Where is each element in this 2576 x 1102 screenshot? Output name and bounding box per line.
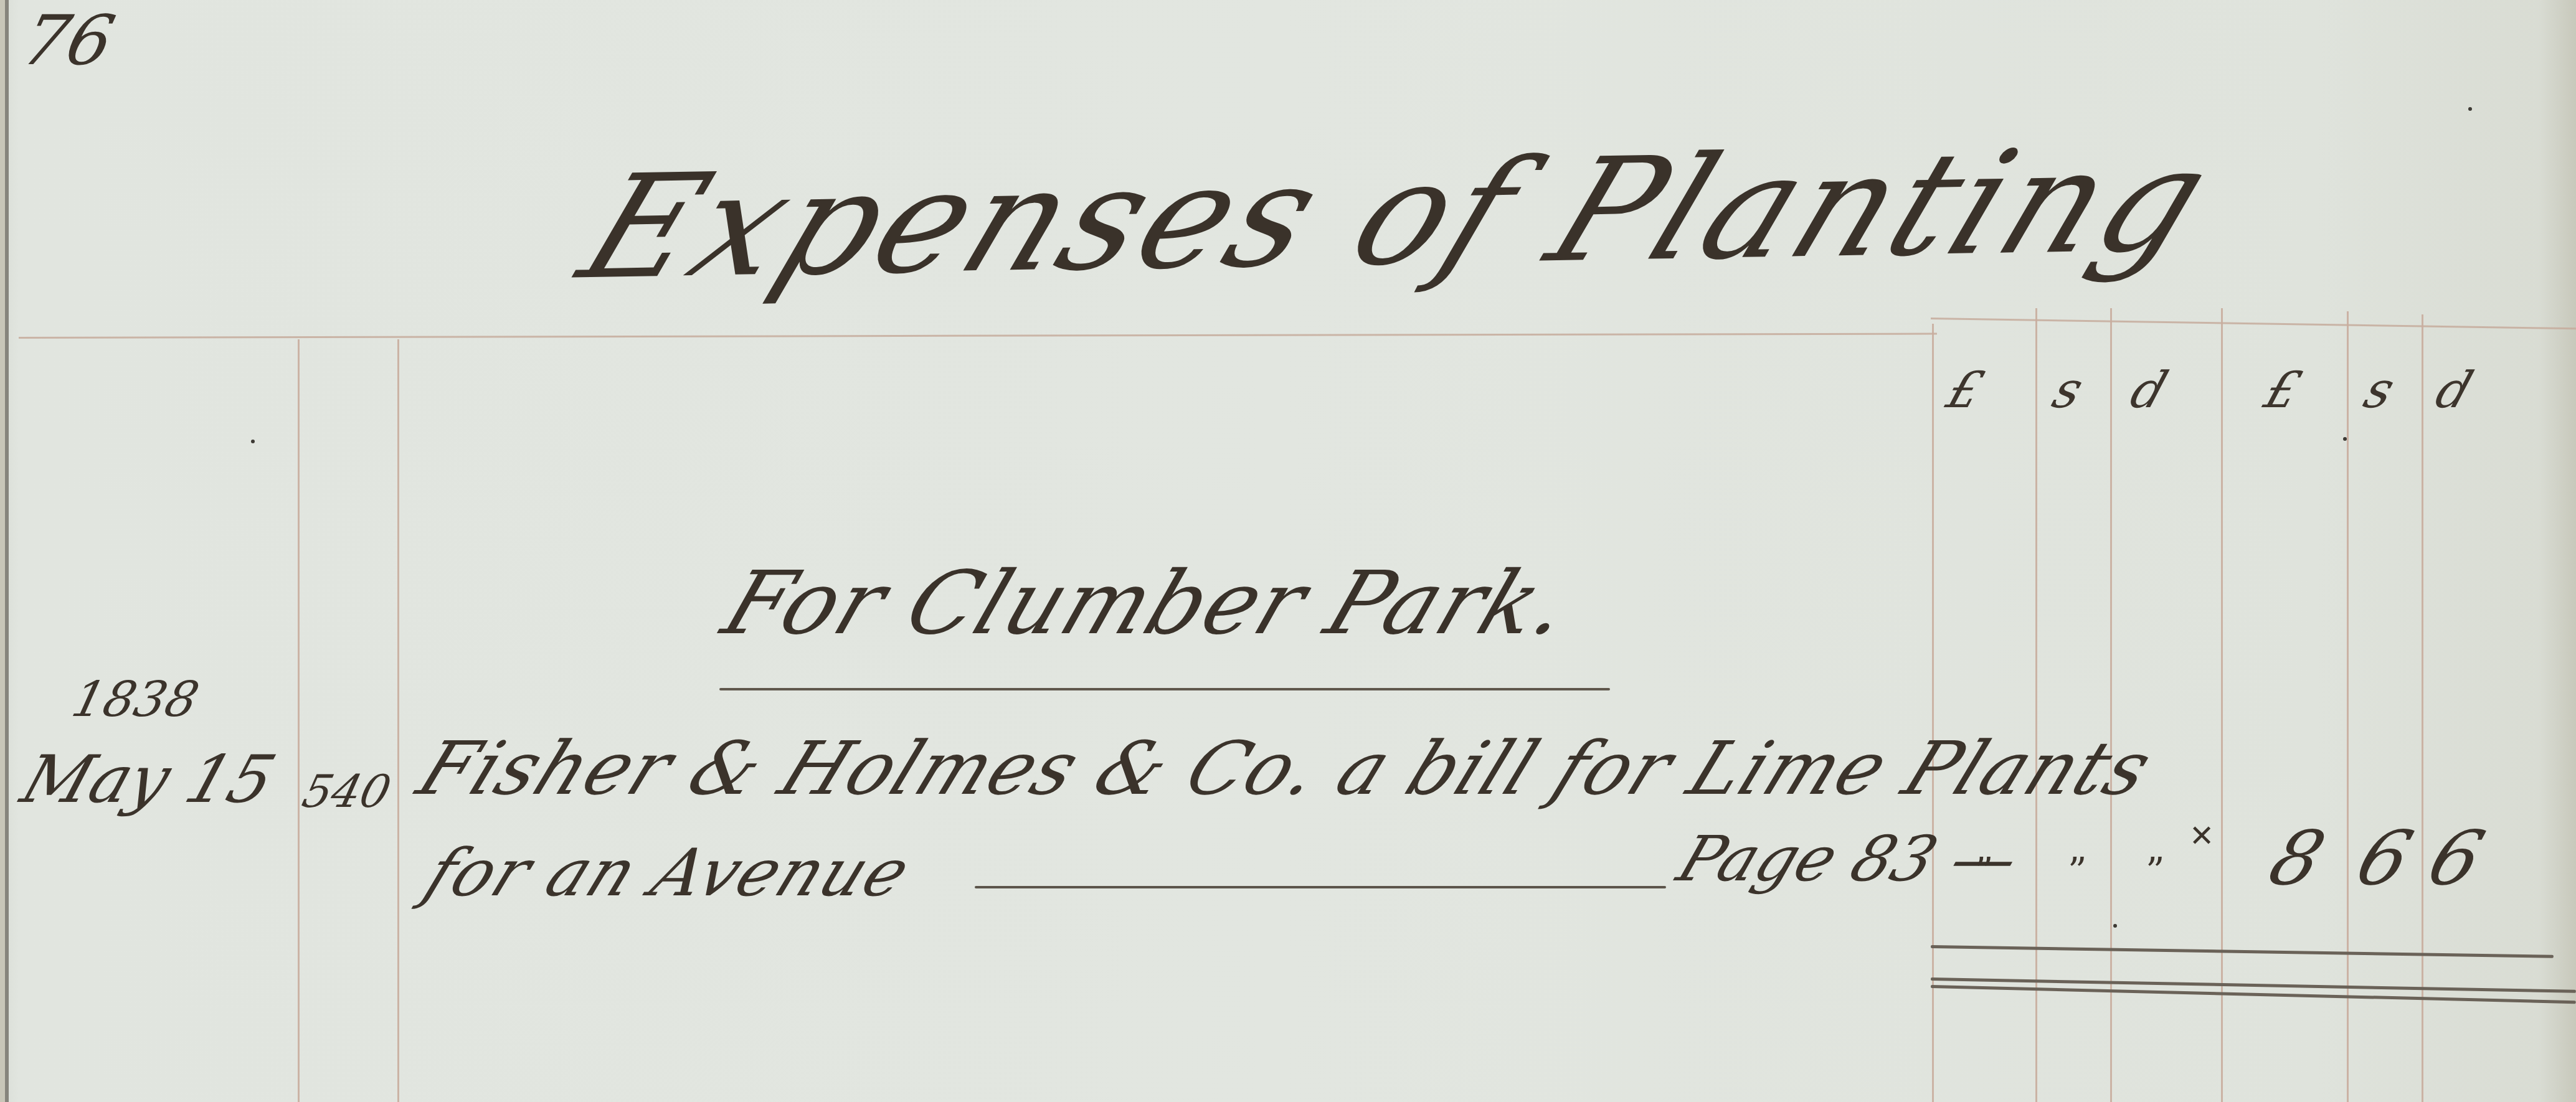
inner-pence-ditto: ” — [2146, 850, 2165, 893]
header-pence-left: d — [2124, 361, 2174, 419]
section-subtitle: For Clumber Park. — [713, 560, 1583, 648]
ink-speck — [2343, 437, 2347, 441]
header-pounds-right: £ — [2258, 361, 2308, 419]
page-edge-shade — [2539, 0, 2576, 1102]
money-column-rule-2 — [2035, 308, 2037, 1102]
entry-description-line2: for an Avenue — [417, 841, 920, 906]
ink-speck — [251, 440, 255, 443]
header-shillings-right: s — [2357, 361, 2402, 419]
ledger-page: 76 Expenses of Planting £ s d £ s d For … — [0, 0, 2576, 1102]
inner-shillings-ditto: ” — [2068, 850, 2087, 893]
header-rule-right — [1931, 318, 2576, 329]
money-column-rule-5 — [2347, 311, 2349, 1102]
money-column-rule-6 — [2422, 314, 2423, 1102]
entry-year: 1838 — [67, 676, 203, 724]
total-rule-single — [1931, 945, 2554, 958]
entry-date: May 15 — [14, 747, 283, 812]
outer-pence: 6 — [2418, 816, 2494, 902]
header-pounds-left: £ — [1940, 361, 1991, 419]
inner-pounds-ditto: ” — [1974, 850, 1994, 893]
total-rule-double-top — [1931, 977, 2576, 993]
folio-column-rule — [397, 339, 399, 1102]
header-shillings-left: s — [2046, 361, 2090, 419]
ink-speck — [2113, 924, 2117, 928]
subtitle-underline — [719, 688, 1610, 690]
header-pence-right: d — [2429, 361, 2479, 419]
outer-amount-marker: ✕ — [2189, 819, 2214, 854]
entry-description-line1: Fisher & Holmes & Co. a bill for Lime Pl… — [409, 732, 2162, 805]
entry-page-reference: Page 83 — — [1670, 828, 2027, 890]
binding-shadow — [0, 0, 5, 1102]
page-number: 76 — [16, 6, 120, 75]
header-rule — [19, 333, 1937, 339]
outer-pounds: 8 — [2259, 816, 2335, 902]
date-column-rule — [298, 339, 300, 1102]
leader-line — [975, 886, 1666, 888]
outer-shillings: 6 — [2346, 816, 2422, 902]
page-title: Expenses of Planting — [565, 130, 2230, 301]
ink-speck — [2468, 107, 2472, 111]
entry-folio: 540 — [298, 769, 395, 814]
binding-edge — [5, 0, 9, 1102]
